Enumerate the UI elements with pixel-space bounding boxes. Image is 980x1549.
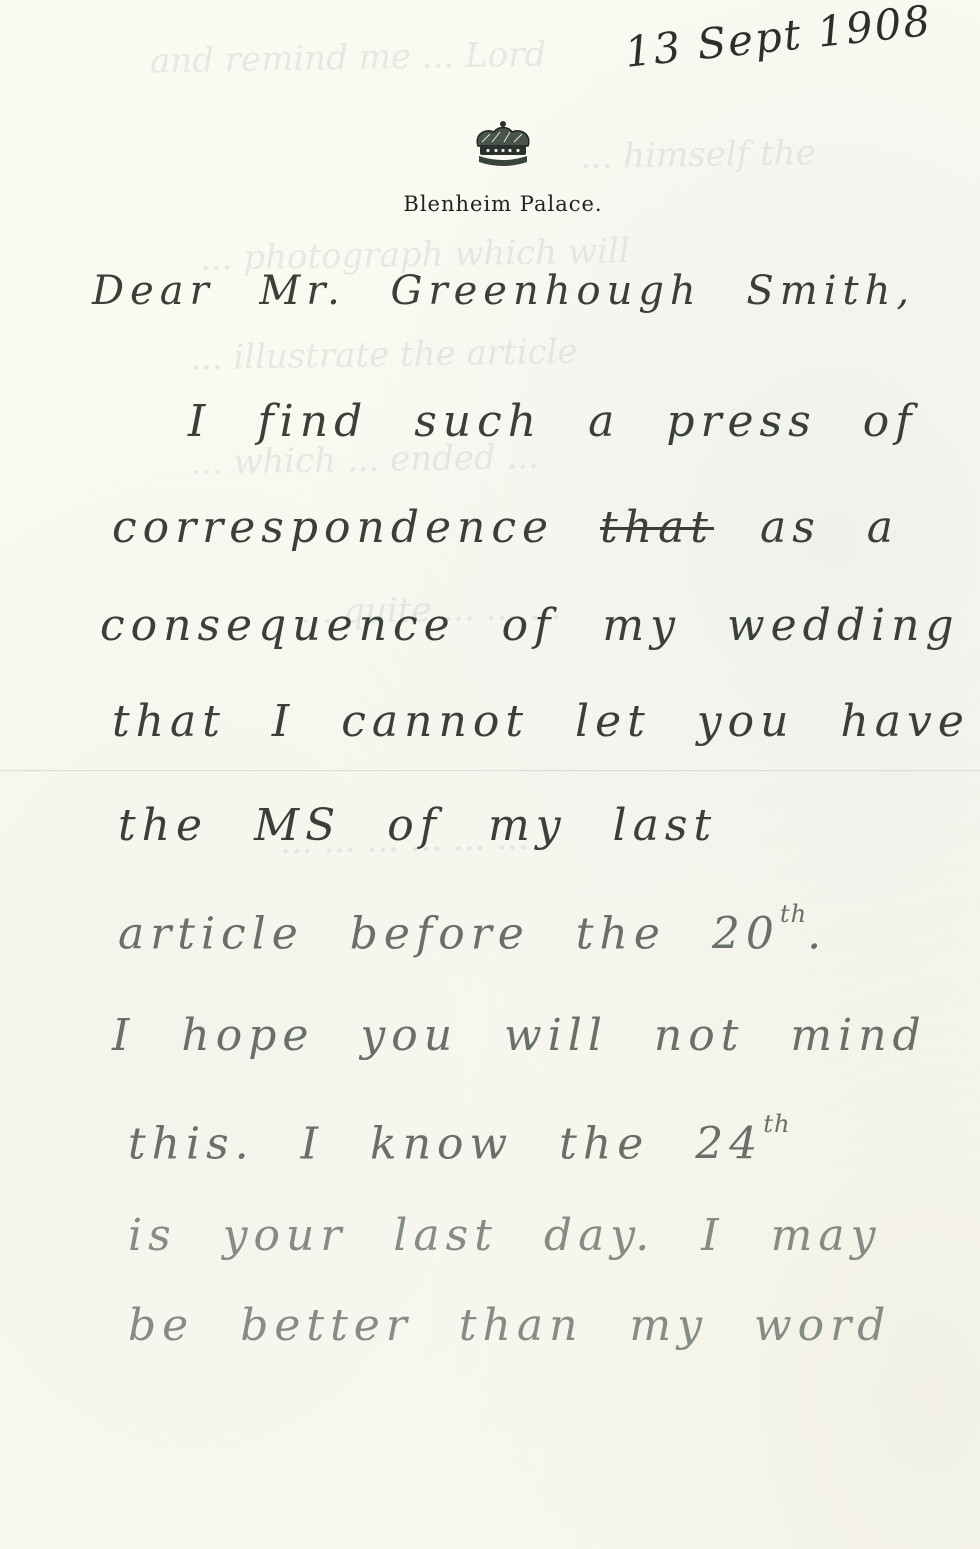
body-line-6-tail: . [807,909,827,960]
body-line-2: correspondence that as a [112,502,899,553]
body-line-2-rest: as a [760,502,899,553]
body-line-4: that I cannot let you have [112,696,970,747]
letterhead-address: Blenheim Palace. [0,192,980,216]
ordinal-suffix: th [780,900,807,928]
paper-fold-line [0,770,980,772]
show-through-text: ... himself the [580,133,816,177]
body-line-10: be better than my word [128,1300,891,1351]
coronet-icon [470,120,536,170]
body-line-8-rest: I know the 24 [301,1119,764,1170]
body-line-6: article before the 20th. [118,900,827,960]
ordinal-suffix: th [763,1110,790,1138]
show-through-text: and remind me ... Lord [150,35,547,82]
body-line-8-text: this. [128,1119,255,1170]
body-line-6-text: article before the 20 [118,909,780,960]
body-line-8: this. I know the 24th [128,1110,791,1170]
body-line-9: is your last day. I may [128,1210,881,1261]
body-line-5: the MS of my last [118,800,717,851]
struck-word: that [600,502,714,553]
body-line-1: I find such a press of [188,396,917,447]
salutation: Dear Mr. Greenhough Smith, [92,268,915,314]
body-line-2-text: correspondence [112,502,554,553]
body-line-3: consequence of my wedding [100,600,960,651]
body-line-7: I hope you will not mind [112,1010,927,1061]
letter-page: and remind me ... Lord ... himself the .… [0,0,980,1549]
show-through-text: ... illustrate the article [190,332,578,379]
letter-date: 13 Sept 1908 [622,0,934,77]
